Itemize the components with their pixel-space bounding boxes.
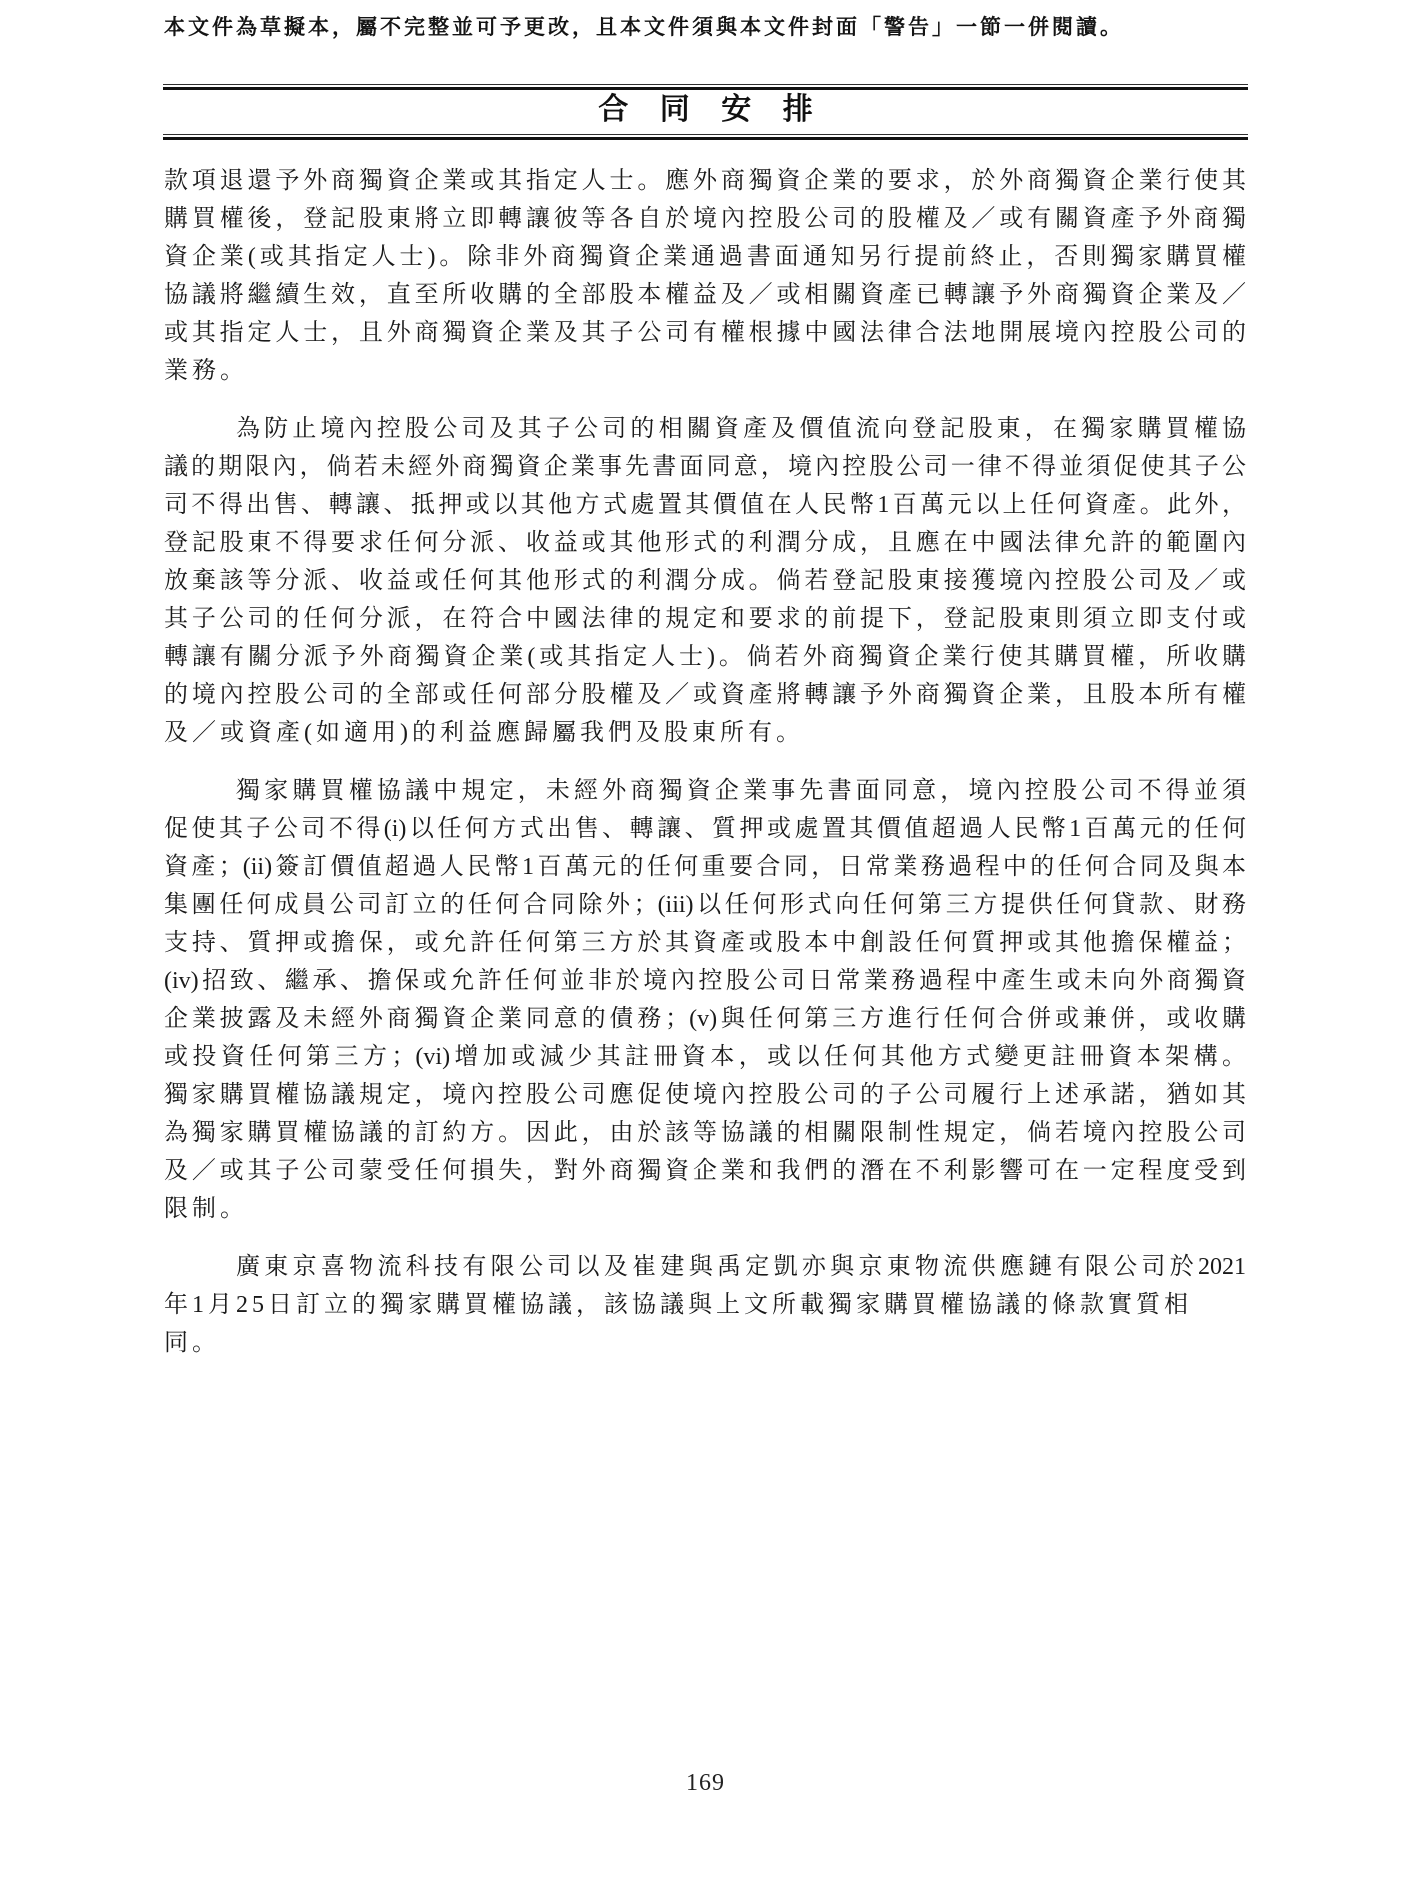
paragraph-line: 促使其子公司不得(i)以任何方式出售、轉讓、質押或處置其價值超過人民幣1百萬元的…: [164, 810, 1246, 848]
paragraph-line: 及／或資產(如適用)的利益應歸屬我們及股東所有。: [164, 714, 1246, 752]
paragraph: 款項退還予外商獨資企業或其指定人士。應外商獨資企業的要求，於外商獨資企業行使其購…: [164, 162, 1246, 390]
paragraph-line: 為防止境內控股公司及其子公司的相關資產及價值流向登記股東，在獨家購買權協: [164, 410, 1246, 448]
paragraph-line: 集團任何成員公司訂立的任何合同除外；(iii)以任何形式向任何第三方提供任何貸款…: [164, 886, 1246, 924]
paragraph: 獨家購買權協議中規定，未經外商獨資企業事先書面同意，境內控股公司不得並須促使其子…: [164, 772, 1246, 1228]
paragraph-line: 議的期限內，倘若未經外商獨資企業事先書面同意，境內控股公司一律不得並須促使其子公: [164, 448, 1246, 486]
paragraph: 為防止境內控股公司及其子公司的相關資產及價值流向登記股東，在獨家購買權協議的期限…: [164, 410, 1246, 752]
paragraph-line: 廣東京喜物流科技有限公司以及崔建與禹定凱亦與京東物流供應鏈有限公司於2021: [164, 1248, 1246, 1286]
paragraph-line: 為獨家購買權協議的訂約方。因此，由於該等協議的相關限制性規定，倘若境內控股公司: [164, 1114, 1246, 1152]
document-page: 本文件為草擬本，屬不完整並可予更改，且本文件須與本文件封面「警告」一節一併閱讀。…: [0, 0, 1411, 1881]
draft-disclaimer: 本文件為草擬本，屬不完整並可予更改，且本文件須與本文件封面「警告」一節一併閱讀。: [164, 11, 1124, 41]
paragraph-line: 獨家購買權協議規定，境內控股公司應促使境內控股公司的子公司履行上述承諾，猶如其: [164, 1076, 1246, 1114]
paragraph-line: 登記股東不得要求任何分派、收益或其他形式的利潤分成，且應在中國法律允許的範圍內: [164, 524, 1246, 562]
paragraph-line: 款項退還予外商獨資企業或其指定人士。應外商獨資企業的要求，於外商獨資企業行使其: [164, 162, 1246, 200]
paragraph-line: 購買權後，登記股東將立即轉讓彼等各自於境內控股公司的股權及／或有關資產予外商獨: [164, 200, 1246, 238]
paragraph-line: 放棄該等分派、收益或任何其他形式的利潤分成。倘若登記股東接獲境內控股公司及／或: [164, 562, 1246, 600]
document-body: 款項退還予外商獨資企業或其指定人士。應外商獨資企業的要求，於外商獨資企業行使其購…: [164, 162, 1246, 1362]
header-rule-bottom: [163, 134, 1248, 140]
paragraph-line: 企業披露及未經外商獨資企業同意的債務；(v)與任何第三方進行任何合併或兼併，或收…: [164, 1000, 1246, 1038]
paragraph-line: 司不得出售、轉讓、抵押或以其他方式處置其價值在人民幣1百萬元以上任何資產。此外，: [164, 486, 1246, 524]
paragraph-line: 業務。: [164, 352, 1246, 390]
paragraph-line: 或其指定人士，且外商獨資企業及其子公司有權根據中國法律合法地開展境內控股公司的: [164, 314, 1246, 352]
paragraph-line: 限制。: [164, 1190, 1246, 1228]
paragraph-line: 及／或其子公司蒙受任何損失，對外商獨資企業和我們的潛在不利影響可在一定程度受到: [164, 1152, 1246, 1190]
page-number: 169: [0, 1766, 1411, 1800]
paragraph-line: 轉讓有關分派予外商獨資企業(或其指定人士)。倘若外商獨資企業行使其購買權，所收購: [164, 638, 1246, 676]
paragraph-line: 資產；(ii)簽訂價值超過人民幣1百萬元的任何重要合同，日常業務過程中的任何合同…: [164, 848, 1246, 886]
paragraph-line: 其子公司的任何分派，在符合中國法律的規定和要求的前提下，登記股東則須立即支付或: [164, 600, 1246, 638]
paragraph-line: 協議將繼續生效，直至所收購的全部股本權益及／或相關資產已轉讓予外商獨資企業及／: [164, 276, 1246, 314]
paragraph-line: 或投資任何第三方；(vi)增加或減少其註冊資本，或以任何其他方式變更註冊資本架構…: [164, 1038, 1246, 1076]
paragraph-line: 年1月25日訂立的獨家購買權協議，該協議與上文所載獨家購買權協議的條款實質相同。: [164, 1286, 1246, 1362]
paragraph-line: 獨家購買權協議中規定，未經外商獨資企業事先書面同意，境內控股公司不得並須: [164, 772, 1246, 810]
paragraph-line: 資企業(或其指定人士)。除非外商獨資企業通過書面通知另行提前終止，否則獨家購買權: [164, 238, 1246, 276]
page-title: 合 同 安 排: [0, 90, 1411, 130]
paragraph-line: (iv)招致、繼承、擔保或允許任何並非於境內控股公司日常業務過程中產生或未向外商…: [164, 962, 1246, 1000]
paragraph-line: 的境內控股公司的全部或任何部分股權及／或資產將轉讓予外商獨資企業，且股本所有權: [164, 676, 1246, 714]
paragraph-line: 支持、質押或擔保，或允許任何第三方於其資產或股本中創設任何質押或其他擔保權益；: [164, 924, 1246, 962]
paragraph: 廣東京喜物流科技有限公司以及崔建與禹定凱亦與京東物流供應鏈有限公司於2021年1…: [164, 1248, 1246, 1362]
